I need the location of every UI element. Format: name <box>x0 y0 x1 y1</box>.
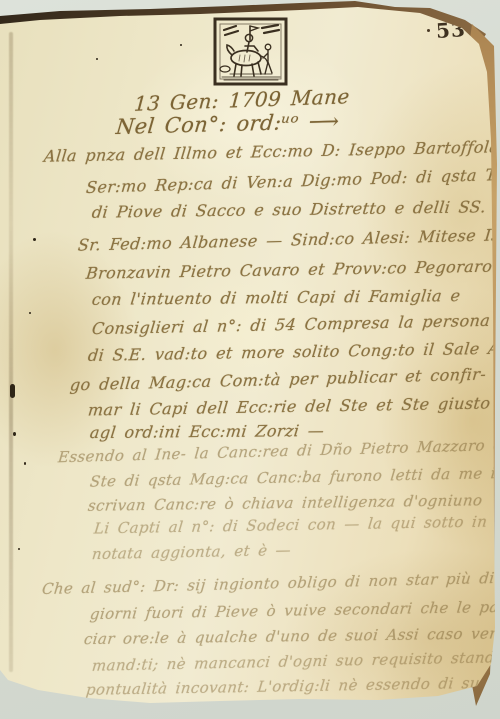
folio-dot <box>427 29 430 32</box>
wormhole-speck <box>24 462 26 465</box>
wormhole-speck <box>13 432 16 436</box>
manuscript-line: Li Capti al n°: di Sodeci con — la qui s… <box>93 513 488 538</box>
foxing-speck <box>96 58 98 60</box>
manuscript-line: Consiglieri al n°: di 54 Compresa la per… <box>91 311 491 338</box>
manuscript-line: con l'intuento di molti Capi di Famiglia… <box>91 286 462 309</box>
manuscript-line: Ste di qsta Mag:ca Canc:ba furono letti … <box>89 463 500 490</box>
gutter-fold-line <box>9 32 13 672</box>
manuscript-line: Sr. Fed:mo Albanese — Sind:co Alesi: Mit… <box>77 224 500 254</box>
wormhole-speck <box>18 548 20 550</box>
manuscript-photo: 53 13 Gen: 1709 Mane Nel Con°: ord:ᵘᵒ ⟶ … <box>0 0 500 719</box>
foxing-speck <box>180 44 182 46</box>
manuscript-line: Che al sud°: Dr: sij ingionto obligo di … <box>41 568 500 598</box>
manuscript-line: giorni fuori di Pieve ò vuive secondari … <box>89 597 500 623</box>
manuscript-line: go della Mag:ca Com:tà per publicar et c… <box>69 365 487 395</box>
manuscript-line: Ser:mo Rep:ca di Ven:a Dig:mo Pod: di qs… <box>85 164 500 197</box>
manuscript-line: scrivan Canc:re ò chiava intelligenza d'… <box>87 491 483 515</box>
manuscript-line: pontualità incovant: L'ordig:li nè essen… <box>85 673 500 699</box>
manuscript-line: Bronzavin Pietro Cavaro et Provv:co Pego… <box>85 256 500 283</box>
manuscript-line: Alla pnza dell Illmo et Ecc:mo D: Iseppo… <box>43 137 500 166</box>
manuscript-line: di Piove di Sacco e suo Distretto e dell… <box>91 197 487 222</box>
wormhole-speck <box>33 238 36 241</box>
manuscript-line: di S.E. vad:to et more solito Cong:to il… <box>87 338 500 365</box>
manuscript-line: agl ord:ini Ecc:mi Zorzi — <box>89 421 325 442</box>
manuscript-page: 53 13 Gen: 1709 Mane Nel Con°: ord:ᵘᵒ ⟶ … <box>0 0 500 712</box>
wormhole-speck <box>29 312 31 314</box>
wormhole-speck <box>10 384 15 398</box>
manuscript-line: notata aggionta, et è — <box>91 541 292 563</box>
manuscript-line: mar li Capi dell Ecc:rie del Ste et Ste … <box>87 393 491 419</box>
manuscript-line: ciar ore:le à qualche d'uno de suoi Assi… <box>83 624 500 648</box>
manuscript-line: mand:ti; nè mancanci d'ogni suo requisit… <box>91 647 500 674</box>
council-heading-line: Nel Con°: ord:ᵘᵒ ⟶ <box>115 109 341 139</box>
horseman-stamp-icon <box>212 16 290 88</box>
